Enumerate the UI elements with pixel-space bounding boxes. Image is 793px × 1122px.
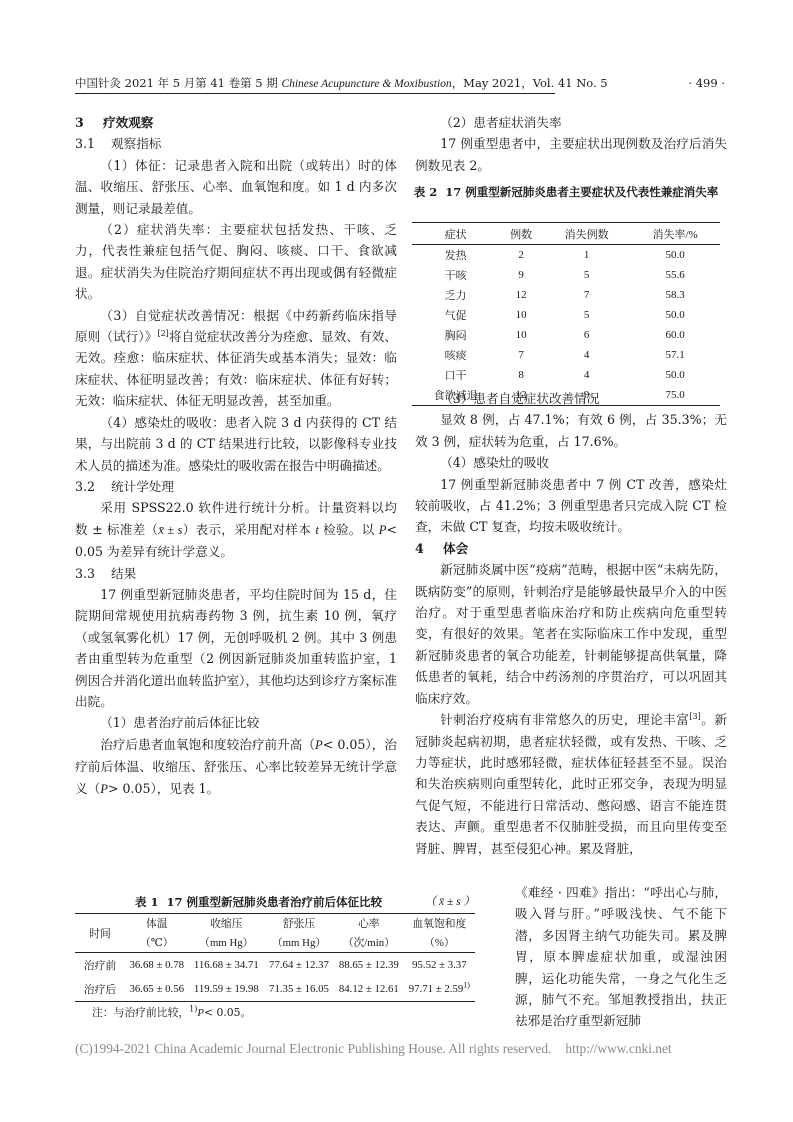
right-column-top: （2）患者症状消失率 17 例重型患者中，主要症状出现例数及治疗后消失例数见表 … [415, 112, 727, 176]
table1-note: 注：与治疗前比较，1)P< 0.05。 [92, 1005, 251, 1021]
subheading-signs-comparison: （1）患者治疗前后体征比较 [75, 712, 397, 733]
table-header-units-row: （℃） （mm Hg） （mm Hg） （次/min） （%） [75, 933, 475, 953]
table-row: 治疗后36.65 ± 0.56119.59 ± 19.9871.35 ± 16.… [75, 977, 475, 1002]
right-column-middle: （3）患者自觉症状改善情况 显效 8 例，占 47.1%；有效 6 例，占 35… [415, 388, 727, 859]
paragraph-signs-comparison: 治疗后患者血氧饱和度较治疗前升高（P< 0.05），治疗前后体温、收缩压、舒张压… [75, 734, 397, 800]
table-row: 气促10550.0 [412, 305, 720, 325]
table2: 症状 例数 消失例数 消失率/% 发热2150.0干咳9555.6乏力12758… [412, 222, 720, 406]
paragraph-symptom-rate-result: 17 例重型患者中，主要症状出现例数及治疗后消失例数见表 2。 [415, 133, 727, 176]
paragraph-subjective-improvement: （3）自觉症状改善情况：根据《中药新药临床指导原则（试行）》[2]将自觉症状改善… [75, 305, 397, 412]
journal-title-en: Chinese Acupuncture & Moxibustion [281, 78, 451, 90]
citation-ref: [3] [689, 712, 700, 721]
table-header-row: 症状 例数 消失例数 消失率/% [412, 223, 720, 245]
citation-ref: [2] [157, 329, 168, 338]
table-row: 发热2150.0 [412, 245, 720, 266]
paragraph-results: 17 例重型新冠肺炎患者，平均住院时间为 15 d，住院期间常规使用抗病毒药物 … [75, 584, 397, 712]
copyright-footer: (C)1994-2021 China Academic Journal Elec… [75, 1041, 755, 1057]
subheading-symptom-rate: （2）患者症状消失率 [415, 112, 727, 133]
paragraph-absorption-result: 17 例重型新冠肺炎患者中 7 例 CT 改善，感染灶较前吸收，占 41.2%；… [415, 474, 727, 538]
section-heading-3-1: 3.1观察指标 [75, 133, 397, 154]
running-header: 中国针灸 2021 年 5 月第 41 卷第 5 期 Chinese Acupu… [75, 74, 725, 92]
table-row: 咳痰7457.1 [412, 345, 720, 365]
table-row: 胸闷10660.0 [412, 325, 720, 345]
paragraph-discussion-2-cont: 《难经 · 四难》指出：“呼出心与肺，吸入肾与肝。”呼吸浅快、气不能下潜，多因肾… [515, 882, 727, 1032]
subheading-subjective-result: （3）患者自觉症状改善情况 [415, 388, 727, 409]
footer-url: http://www.cnki.net [565, 1041, 671, 1056]
journal-issue-en: ，May 2021，Vol. 41 No. 5 [452, 76, 608, 90]
paragraph-signs: （1）体征：记录患者入院和出院（或转出）时的体温、收缩压、舒张压、心率、血氧饱和… [75, 155, 397, 219]
journal-title-cn: 中国针灸 2021 年 5 月第 41 卷第 5 期 [75, 76, 278, 90]
right-column-wrap: 《难经 · 四难》指出：“呼出心与肺，吸入肾与肝。”呼吸浅快、气不能下潜，多因肾… [515, 882, 727, 1032]
header-rule [75, 93, 555, 94]
subheading-absorption-result: （4）感染灶的吸收 [415, 452, 727, 473]
section-heading-3-3: 3.3结果 [75, 563, 397, 584]
section-heading-3: 3疗效观察 [75, 112, 397, 133]
table-row: 乏力12758.3 [412, 285, 720, 305]
paragraph-discussion-1: 新冠肺炎属中医“疫病”范畴，根据中医“未病先防，既病防变”的原则，针刺治疗是能够… [415, 559, 727, 709]
section-heading-3-2: 3.2统计学处理 [75, 476, 397, 497]
paragraph-symptom-rate: （2）症状消失率：主要症状包括发热、干咳、乏力，代表性兼症包括气促、胸闷、咳痰、… [75, 219, 397, 305]
paragraph-statistics: 采用 SPSS22.0 软件进行统计分析。计量资料以均数 ± 标准差（x̄ ± … [75, 497, 397, 562]
table1-stat-label: （ x̄ ± s ） [425, 893, 475, 911]
table-row: 干咳9555.6 [412, 265, 720, 285]
table-row: 口干8450.0 [412, 365, 720, 385]
section-heading-4: 4体会 [415, 538, 727, 559]
table2-caption: 表 2 17 例重型新冠肺炎患者主要症状及代表性兼症消失率 [412, 183, 720, 201]
table1: 时间 体温 收缩压 舒张压 心率 血氧饱和度 （℃） （mm Hg） （mm H… [75, 913, 475, 1002]
table-header-row: 时间 体温 收缩压 舒张压 心率 血氧饱和度 [75, 914, 475, 934]
copyright-text: (C)1994-2021 China Academic Journal Elec… [75, 1041, 551, 1056]
paragraph-lesion-absorption: （4）感染灶的吸收：患者入院 3 d 内获得的 CT 结果，与出院前 3 d 的… [75, 412, 397, 476]
paragraph-discussion-2: 针刺治疗疫病有非常悠久的历史，理论丰富[3]。新冠肺炎起病初期，患者症状轻微，或… [415, 709, 727, 859]
page-number: · 499 · [688, 74, 725, 92]
paragraph-subjective-result: 显效 8 例，占 47.1%；有效 6 例，占 35.3%；无效 3 例，症状转… [415, 409, 727, 452]
table-row: 治疗前36.68 ± 0.78116.68 ± 34.7177.64 ± 12.… [75, 953, 475, 978]
left-column: 3疗效观察 3.1观察指标 （1）体征：记录患者入院和出院（或转出）时的体温、收… [75, 112, 397, 800]
